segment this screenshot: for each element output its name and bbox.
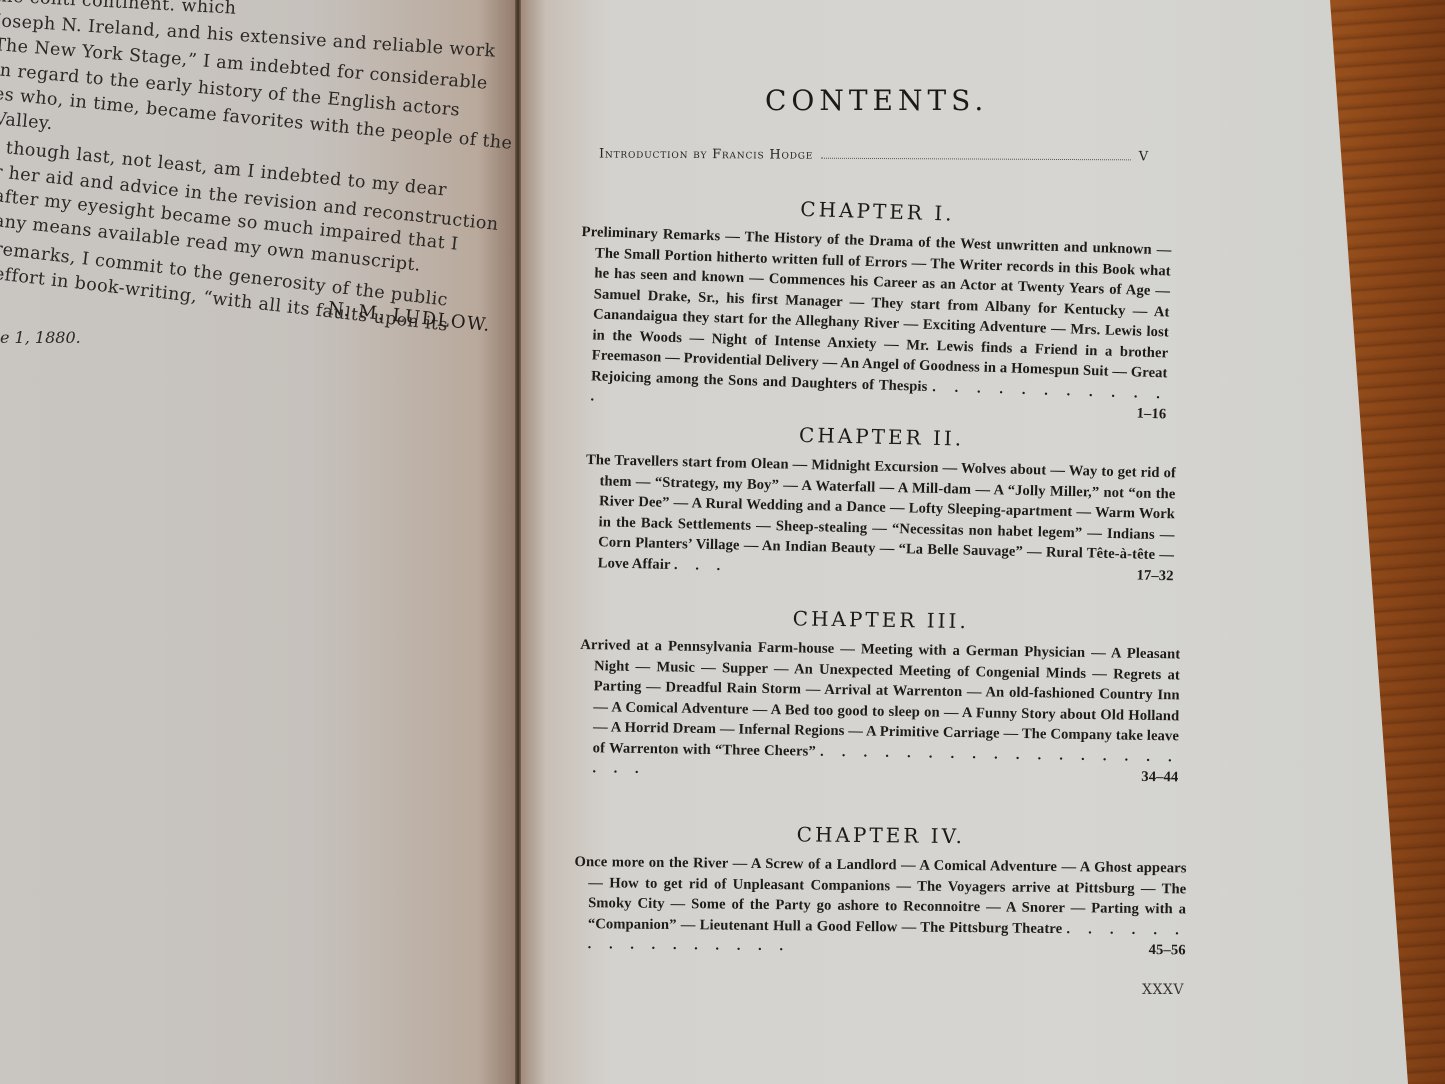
toc-chapter-4: CHAPTER IV. Once more on the River — A S…	[574, 820, 1187, 961]
chapter-pages: 17–32	[1150, 565, 1173, 586]
page-number: XXXV	[1142, 982, 1184, 998]
chapter-pages: 34–44	[1155, 767, 1178, 788]
introduction-page: V	[1139, 149, 1149, 164]
book-gutter	[515, 0, 521, 1084]
chapter-summary-text: Preliminary Remarks — The History of the…	[581, 224, 1171, 394]
chapter-heading: CHAPTER IV.	[575, 820, 1187, 850]
toc-chapter-2: CHAPTER II. The Travellers start from Ol…	[583, 418, 1176, 586]
dot-leader: . . .	[674, 557, 728, 574]
chapter-summary: Preliminary Remarks — The History of the…	[576, 222, 1172, 425]
dot-leader	[821, 158, 1131, 161]
toc-entry-introduction: Introduction by Francis Hodge V	[599, 147, 1149, 165]
chapter-summary-text: Arrived at a Pennsylvania Farm-house — M…	[580, 637, 1180, 759]
chapter-summary: Arrived at a Pennsylvania Farm-house — M…	[578, 635, 1180, 788]
chapter-pages: 1–16	[1150, 404, 1166, 425]
preface-text: the conti continent. which Joseph N. Ire…	[0, 0, 514, 286]
introduction-label: Introduction by Francis Hodge	[599, 147, 813, 163]
toc-chapter-3: CHAPTER III. Arrived at a Pennsylvania F…	[578, 603, 1181, 788]
chapter-summary-text: The Travellers start from Olean — Midnig…	[586, 452, 1176, 572]
chapter-summary: Once more on the River — A Screw of a La…	[574, 852, 1187, 961]
chapter-summary: The Travellers start from Olean — Midnig…	[583, 450, 1176, 586]
contents-title: CONTENTS.	[765, 84, 988, 117]
toc-chapter-1: CHAPTER I. Preliminary Remarks — The His…	[576, 190, 1173, 425]
left-page: the conti continent. which Joseph N. Ire…	[0, 0, 520, 1084]
chapter-pages: 45–56	[1163, 940, 1186, 961]
preface-date: e 1, 1880.	[0, 328, 81, 347]
